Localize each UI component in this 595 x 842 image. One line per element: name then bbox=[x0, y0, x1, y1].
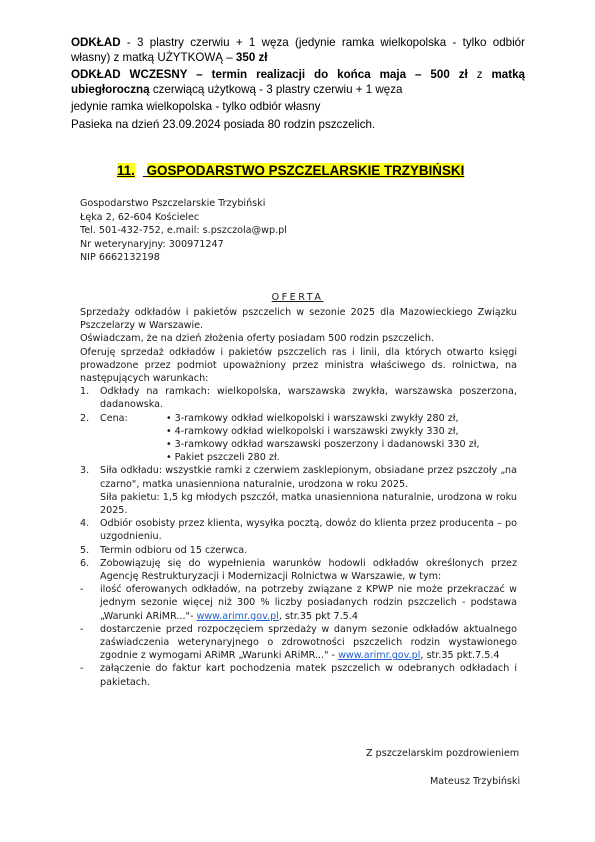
signature-name: Mateusz Trzybiński bbox=[430, 776, 520, 787]
offer-item-2: 2. Cena: 3-ramkowy odkład wielkopolski i… bbox=[80, 412, 517, 465]
offer-item-5: 5. Termin odbioru od 15 czerwca. bbox=[80, 544, 517, 557]
offer-title: OFERTA bbox=[0, 292, 595, 303]
section-title: GOSPODARSTWO PSZCZELARSKIE TRZYBIŃSKI bbox=[147, 163, 465, 178]
price-item: Pakiet pszczeli 280 zł. bbox=[166, 451, 479, 464]
condition-2: - dostarczenie przed rozpoczęciem sprzed… bbox=[80, 623, 517, 663]
condition-3: - załączenie do faktur kart pochodzenia … bbox=[80, 662, 517, 688]
price-item: 3-ramkowy odkład warszawski poszerzony i… bbox=[166, 438, 479, 451]
address-line: Gospodarstwo Pszczelarskie Trzybiński bbox=[80, 197, 287, 211]
intro-paragraph-2: ODKŁAD WCZESNY – termin realizacji do ko… bbox=[71, 68, 525, 97]
section-number: 11. bbox=[117, 163, 135, 178]
offer-intro-2: Oświadczam, że na dzień złożenia oferty … bbox=[80, 332, 517, 345]
address-block: Gospodarstwo Pszczelarskie Trzybiński Łę… bbox=[80, 197, 287, 265]
intro-paragraph-3: jedynie ramka wielkopolska - tylko odbió… bbox=[71, 100, 525, 115]
offer-item-3: 3. Siła odkładu: wszystkie ramki z czerw… bbox=[80, 464, 517, 517]
price-label: Cena: bbox=[100, 412, 166, 465]
address-line: Łęka 2, 62-604 Kościelec bbox=[80, 211, 287, 225]
address-line: Tel. 501-432-752, e.mail: s.pszczola@wp.… bbox=[80, 224, 287, 238]
signature-greeting: Z pszczelarskim pozdrowieniem bbox=[366, 748, 519, 759]
offer-intro-1: Sprzedaży odkładów i pakietów pszczelich… bbox=[80, 306, 517, 332]
arimr-link[interactable]: www.arimr.gov.pl bbox=[338, 650, 420, 661]
price-list: 3-ramkowy odkład wielkopolski i warszaws… bbox=[166, 412, 479, 465]
offer-body: Sprzedaży odkładów i pakietów pszczelich… bbox=[80, 306, 517, 689]
price-item: 3-ramkowy odkład wielkopolski i warszaws… bbox=[166, 412, 479, 425]
section-heading: 11. GOSPODARSTWO PSZCZELARSKIE TRZYBIŃSK… bbox=[117, 163, 464, 178]
intro-paragraph-4: Pasieka na dzień 23.09.2024 posiada 80 r… bbox=[71, 118, 525, 133]
price-item: 4-ramkowy odkład wielkopolski i warszaws… bbox=[166, 425, 479, 438]
intro-paragraph-1: ODKŁAD - 3 plastry czerwiu + 1 węza (jed… bbox=[71, 36, 525, 65]
address-line: NIP 6662132198 bbox=[80, 251, 287, 265]
intro-section: ODKŁAD - 3 plastry czerwiu + 1 węza (jed… bbox=[71, 36, 525, 132]
address-line: Nr weterynaryjny: 300971247 bbox=[80, 238, 287, 252]
offer-item-4: 4. Odbiór osobisty przez klienta, wysyłk… bbox=[80, 517, 517, 543]
offer-item-1: 1. Odkłady na ramkach: wielkopolska, war… bbox=[80, 385, 517, 411]
arimr-link[interactable]: www.arimr.gov.pl bbox=[196, 611, 278, 622]
offer-intro-3: Oferuję sprzedaż odkładów i pakietów psz… bbox=[80, 346, 517, 386]
offer-item-6: 6. Zobowiązuję się do wypełnienia warunk… bbox=[80, 557, 517, 583]
condition-1: - ilość oferowanych odkładów, na potrzeb… bbox=[80, 583, 517, 623]
